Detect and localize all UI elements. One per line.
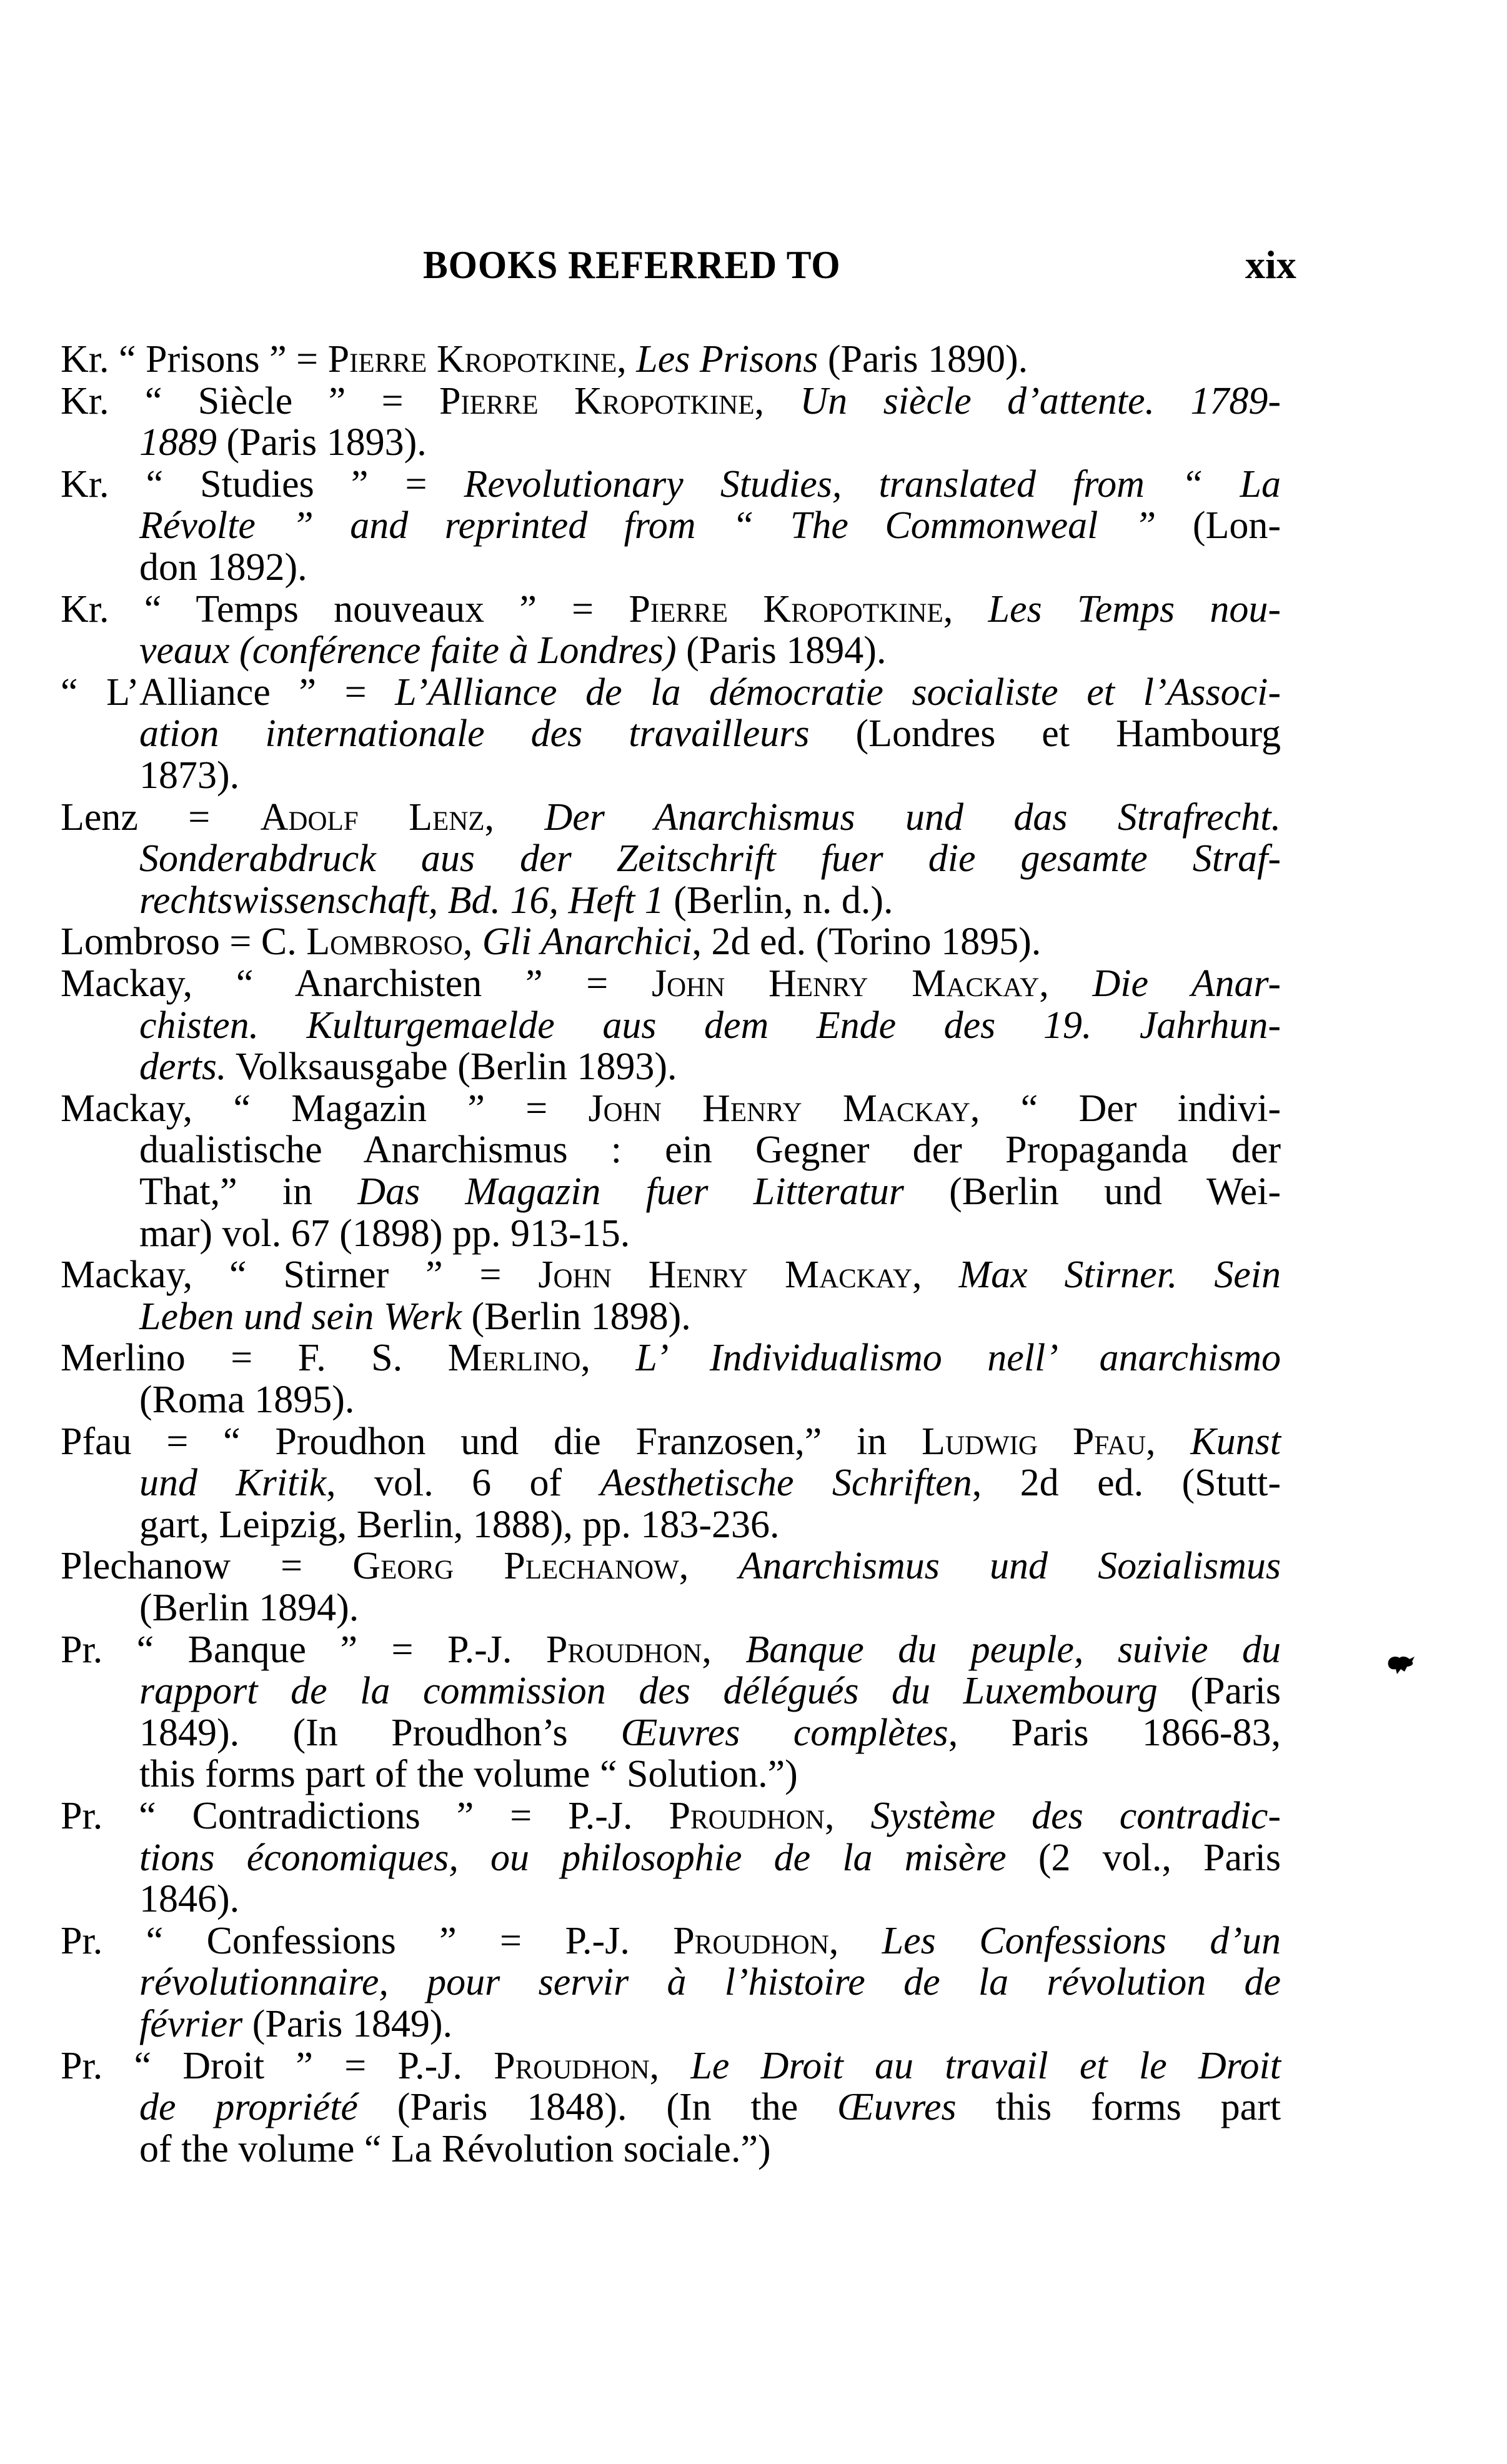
text: (Paris 1894). xyxy=(677,629,887,672)
entry-continuation-line: (Berlin 1894). xyxy=(139,1587,359,1629)
text: Mackay, “ Magazin ” = xyxy=(61,1087,588,1130)
text: (Paris 1849). xyxy=(242,2003,452,2045)
running-title: BOOKS REFERRED TO xyxy=(423,240,840,290)
text: gart, Leipzig, Berlin, 1888), pp. 183-23… xyxy=(139,1504,780,1546)
italic-text: veaux (conférence faite à Londres) xyxy=(139,629,677,672)
text: dualistische Anarchismus : ein Gegner de… xyxy=(139,1129,1281,1171)
entry-continuation-line: mar) vol. 67 (1898) pp. 913-15. xyxy=(139,1213,630,1254)
entry-first-line: “ L’Alliance ” = L’Alliance de la démocr… xyxy=(61,672,1281,713)
entry-first-line: Mackay, “ Stirner ” = John Henry Mackay,… xyxy=(61,1254,1281,1295)
text: don 1892). xyxy=(139,546,307,589)
entry-continuation-line: dualistische Anarchismus : ein Gegner de… xyxy=(139,1129,1281,1170)
text: Plechanow = xyxy=(61,1545,352,1587)
text: , 2d ed. (Torino 1895). xyxy=(692,920,1042,963)
entry-continuation-line: und Kritik, vol. 6 of Aesthetische Schri… xyxy=(139,1462,1281,1504)
text: 1849). (In Proudhon’s xyxy=(139,1712,621,1754)
entry-continuation-line: rapport de la commission des délégués du… xyxy=(139,1670,1281,1712)
text: Pfau = “ Proudhon und die Franzosen,” in xyxy=(61,1420,922,1463)
entry-first-line: Kr. “ Siècle ” = Pierre Kropotkine, Un s… xyxy=(61,381,1281,422)
page-number: xix xyxy=(1245,240,1296,290)
entry-continuation-line: Révolte ” and reprinted from “ The Commo… xyxy=(139,505,1281,546)
entry-continuation-line: derts. Volksausgabe (Berlin 1893). xyxy=(139,1046,677,1087)
author-name: Merlino xyxy=(448,1337,581,1379)
italic-text: chisten. Kulturgemaelde aus dem Ende des… xyxy=(139,1004,1281,1047)
text: (Roma 1895). xyxy=(139,1379,354,1421)
italic-text: und Kritik xyxy=(139,1462,326,1504)
text: (Paris xyxy=(1158,1670,1281,1712)
author-name: Proudhon xyxy=(673,1920,828,1962)
entry-first-line: Mackay, “ Magazin ” = John Henry Mackay,… xyxy=(61,1088,1281,1129)
italic-text: Le Droit au travail et le Droit xyxy=(690,2045,1281,2087)
entry-first-line: Pr. “ Banque ” = P.-J. Proudhon, Banque … xyxy=(61,1629,1281,1670)
entry-continuation-line: veaux (conférence faite à Londres) (Pari… xyxy=(139,630,886,671)
entry-continuation-line: rechtswissenschaft, Bd. 16, Heft 1 (Berl… xyxy=(139,880,893,921)
italic-text: Revolutionary Studies, translated from “… xyxy=(464,463,1281,506)
text: , xyxy=(463,920,482,963)
italic-text: Système des contradic- xyxy=(870,1795,1281,1837)
italic-text: ation internationale des travailleurs xyxy=(139,712,810,755)
text: Pr. “ Contradictions ” = P.-J. xyxy=(61,1795,669,1837)
book-page: BOOKS REFERRED TO xix Kr. “ Prisons ” = … xyxy=(0,0,1507,2464)
entry-continuation-line: Leben und sein Werk (Berlin 1898). xyxy=(139,1296,691,1337)
text: mar) vol. 67 (1898) pp. 913-15. xyxy=(139,1212,630,1255)
entry-continuation-line: tions économiques, ou philosophie de la … xyxy=(139,1837,1281,1878)
text: (2 vol., Paris xyxy=(1007,1837,1281,1879)
text: , 2d ed. (Stutt- xyxy=(972,1462,1281,1504)
text: (Paris 1890). xyxy=(818,338,1028,381)
text: , “ Der indivi- xyxy=(970,1087,1281,1130)
italic-text: Anarchismus und Sozialismus xyxy=(739,1545,1281,1587)
text: Kr. “ Studies ” = xyxy=(61,463,464,506)
text: , xyxy=(825,1795,870,1837)
entry-continuation-line: (Roma 1895). xyxy=(139,1379,354,1420)
entry-first-line: Plechanow = Georg Plechanow, Anarchismus… xyxy=(61,1545,1281,1587)
italic-text: Les Confessions d’un xyxy=(882,1920,1281,1962)
entry-continuation-line: 1873). xyxy=(139,755,239,796)
italic-text: Aesthetische Schriften xyxy=(600,1462,972,1504)
text: , xyxy=(829,1920,882,1962)
italic-text: Max Stirner. Sein xyxy=(958,1254,1281,1296)
text: Mackay, “ Anarchisten ” = xyxy=(61,962,652,1005)
author-name: John Henry Mackay xyxy=(538,1254,912,1296)
text: , xyxy=(912,1254,958,1296)
italic-text: Die Anar- xyxy=(1092,962,1281,1005)
text: Kr. “ Temps nouveaux ” = xyxy=(61,588,629,631)
italic-text: tions économiques, ou philosophie de la … xyxy=(139,1837,1007,1879)
text: , xyxy=(485,796,545,839)
entry-continuation-line: this forms part of the volume “ Solution… xyxy=(139,1753,798,1795)
entry-continuation-line: gart, Leipzig, Berlin, 1888), pp. 183-23… xyxy=(139,1504,780,1545)
text: Merlino = F. S. xyxy=(61,1337,448,1379)
entry-continuation-line: chisten. Kulturgemaelde aus dem Ende des… xyxy=(139,1005,1281,1046)
entry-continuation-line: 1846). xyxy=(139,1878,239,1920)
ink-blot-icon xyxy=(1386,1653,1417,1678)
text: Lenz = xyxy=(61,796,261,839)
text: Mackay, “ Stirner ” = xyxy=(61,1254,538,1296)
entry-continuation-line: 1889 (Paris 1893). xyxy=(139,422,427,463)
italic-text: de propriété xyxy=(139,2086,358,2128)
author-name: Pierre Kropotkine xyxy=(328,338,617,381)
italic-text: rechtswissenschaft, Bd. 16, Heft 1 xyxy=(139,879,664,922)
italic-text: Das Magazin fuer Litteratur xyxy=(357,1170,904,1213)
italic-text: Banque du peuple, suivie du xyxy=(745,1629,1281,1671)
entry-continuation-line: Sonderabdruck aus der Zeitschrift fuer d… xyxy=(139,838,1281,879)
text: That,” in xyxy=(139,1170,357,1213)
text: 1873). xyxy=(139,754,239,797)
text: (Berlin und Wei- xyxy=(904,1170,1281,1213)
text: Pr. “ Droit ” = P.-J. xyxy=(61,2045,494,2087)
text: (Londres et Hambourg xyxy=(810,712,1281,755)
text: 1846). xyxy=(139,1878,239,1920)
entry-continuation-line: révolutionnaire, pour servir à l’histoir… xyxy=(139,1962,1281,2003)
text: , xyxy=(650,2045,691,2087)
italic-text: rapport de la commission des délégués du… xyxy=(139,1670,1158,1712)
author-name: John Henry Mackay xyxy=(652,962,1039,1005)
author-name: Adolf Lenz xyxy=(261,796,485,839)
text: of the volume “ La Révolution sociale.”) xyxy=(139,2128,771,2170)
italic-text: février xyxy=(139,2003,242,2045)
italic-text: Der Anarchismus und das Strafrecht. xyxy=(544,796,1281,839)
text: Pr. “ Confessions ” = P.-J. xyxy=(61,1920,673,1962)
italic-text: Les Prisons xyxy=(636,338,818,381)
italic-text: Les Temps nou- xyxy=(988,588,1281,631)
italic-text: derts. xyxy=(139,1045,227,1088)
author-name: John Henry Mackay xyxy=(588,1087,970,1130)
author-name: Lombroso xyxy=(306,920,463,963)
text: , xyxy=(1146,1420,1190,1463)
text: (Lon- xyxy=(1156,504,1281,547)
italic-text: Œuvres xyxy=(837,2086,957,2128)
italic-text: 1889 xyxy=(139,421,217,464)
italic-text: Leben und sein Werk xyxy=(139,1295,462,1338)
text: , xyxy=(1039,962,1092,1005)
entry-first-line: Mackay, “ Anarchisten ” = John Henry Mac… xyxy=(61,963,1281,1004)
text: (Paris 1893). xyxy=(217,421,427,464)
text: (Paris 1848). (In the xyxy=(358,2086,837,2128)
italic-text: Œuvres complètes xyxy=(621,1712,948,1754)
entry-continuation-line: of the volume “ La Révolution sociale.”) xyxy=(139,2128,771,2170)
entry-first-line: Pfau = “ Proudhon und die Franzosen,” in… xyxy=(61,1421,1281,1462)
text: , xyxy=(702,1629,745,1671)
entry-first-line: Merlino = F. S. Merlino, L’ Individualis… xyxy=(61,1337,1281,1379)
author-name: Proudhon xyxy=(494,2045,649,2087)
italic-text: Révolte ” and reprinted from “ The Commo… xyxy=(139,504,1156,547)
entry-first-line: Pr. “ Confessions ” = P.-J. Proudhon, Le… xyxy=(61,1920,1281,1962)
author-name: Georg Plechanow xyxy=(352,1545,679,1587)
entry-first-line: Kr. “ Temps nouveaux ” = Pierre Kropotki… xyxy=(61,589,1281,630)
text: , vol. 6 of xyxy=(326,1462,600,1504)
entry-continuation-line: de propriété (Paris 1848). (In the Œuvre… xyxy=(139,2087,1281,2128)
italic-text: révolutionnaire, pour servir à l’histoir… xyxy=(139,1961,1281,2003)
text: (Berlin 1898). xyxy=(462,1295,691,1338)
text: , Paris 1866-83, xyxy=(948,1712,1281,1754)
entry-first-line: Pr. “ Contradictions ” = P.-J. Proudhon,… xyxy=(61,1795,1281,1837)
author-name: Ludwig Pfau xyxy=(922,1420,1146,1463)
author-name: Proudhon xyxy=(546,1629,702,1671)
text: (Berlin 1894). xyxy=(139,1587,359,1629)
author-name: Pierre Kropotkine xyxy=(439,380,755,422)
entry-continuation-line: That,” in Das Magazin fuer Litteratur (B… xyxy=(139,1171,1281,1212)
text: , xyxy=(617,338,636,381)
entry-continuation-line: don 1892). xyxy=(139,547,307,588)
entry-first-line: Lenz = Adolf Lenz, Der Anarchismus und d… xyxy=(61,797,1281,838)
text: Kr. “ Siècle ” = xyxy=(61,380,439,422)
text: , xyxy=(679,1545,739,1587)
italic-text: L’Alliance de la démocratie socialiste e… xyxy=(395,671,1281,714)
text: Pr. “ Banque ” = P.-J. xyxy=(61,1629,546,1671)
text: (Berlin, n. d.). xyxy=(664,879,893,922)
entry-first-line: Kr. “ Prisons ” = Pierre Kropotkine, Les… xyxy=(61,339,1028,380)
text: , xyxy=(580,1337,635,1379)
text: this forms part of the volume “ Solution… xyxy=(139,1753,798,1795)
text: this forms part xyxy=(957,2086,1281,2128)
text: Volksausgabe (Berlin 1893). xyxy=(227,1045,677,1088)
author-name: Pierre Kropotkine xyxy=(629,588,943,631)
entry-continuation-line: ation internationale des travailleurs (L… xyxy=(139,713,1281,754)
text: , xyxy=(755,380,800,422)
text: Kr. “ Prisons ” = xyxy=(61,338,328,381)
italic-text: Gli Anarchici xyxy=(482,920,692,963)
text: , xyxy=(943,588,988,631)
text: “ L’Alliance ” = xyxy=(61,671,395,714)
italic-text: L’ Individualismo nell’ anarchismo xyxy=(635,1337,1281,1379)
running-head: BOOKS REFERRED TO xix xyxy=(0,240,1507,290)
entry-continuation-line: février (Paris 1849). xyxy=(139,2003,452,2045)
entry-first-line: Kr. “ Studies ” = Revolutionary Studies,… xyxy=(61,464,1281,505)
author-name: Proudhon xyxy=(669,1795,825,1837)
italic-text: Kunst xyxy=(1190,1420,1281,1463)
entry-first-line: Pr. “ Droit ” = P.-J. Proudhon, Le Droit… xyxy=(61,2045,1281,2087)
entry-continuation-line: 1849). (In Proudhon’s Œuvres complètes, … xyxy=(139,1712,1281,1753)
italic-text: Sonderabdruck aus der Zeitschrift fuer d… xyxy=(139,837,1281,880)
italic-text: Un siècle d’attente. 1789- xyxy=(800,380,1281,422)
text: Lombroso = C. xyxy=(61,920,306,963)
entry-first-line: Lombroso = C. Lombroso, Gli Anarchici, 2… xyxy=(61,921,1041,962)
